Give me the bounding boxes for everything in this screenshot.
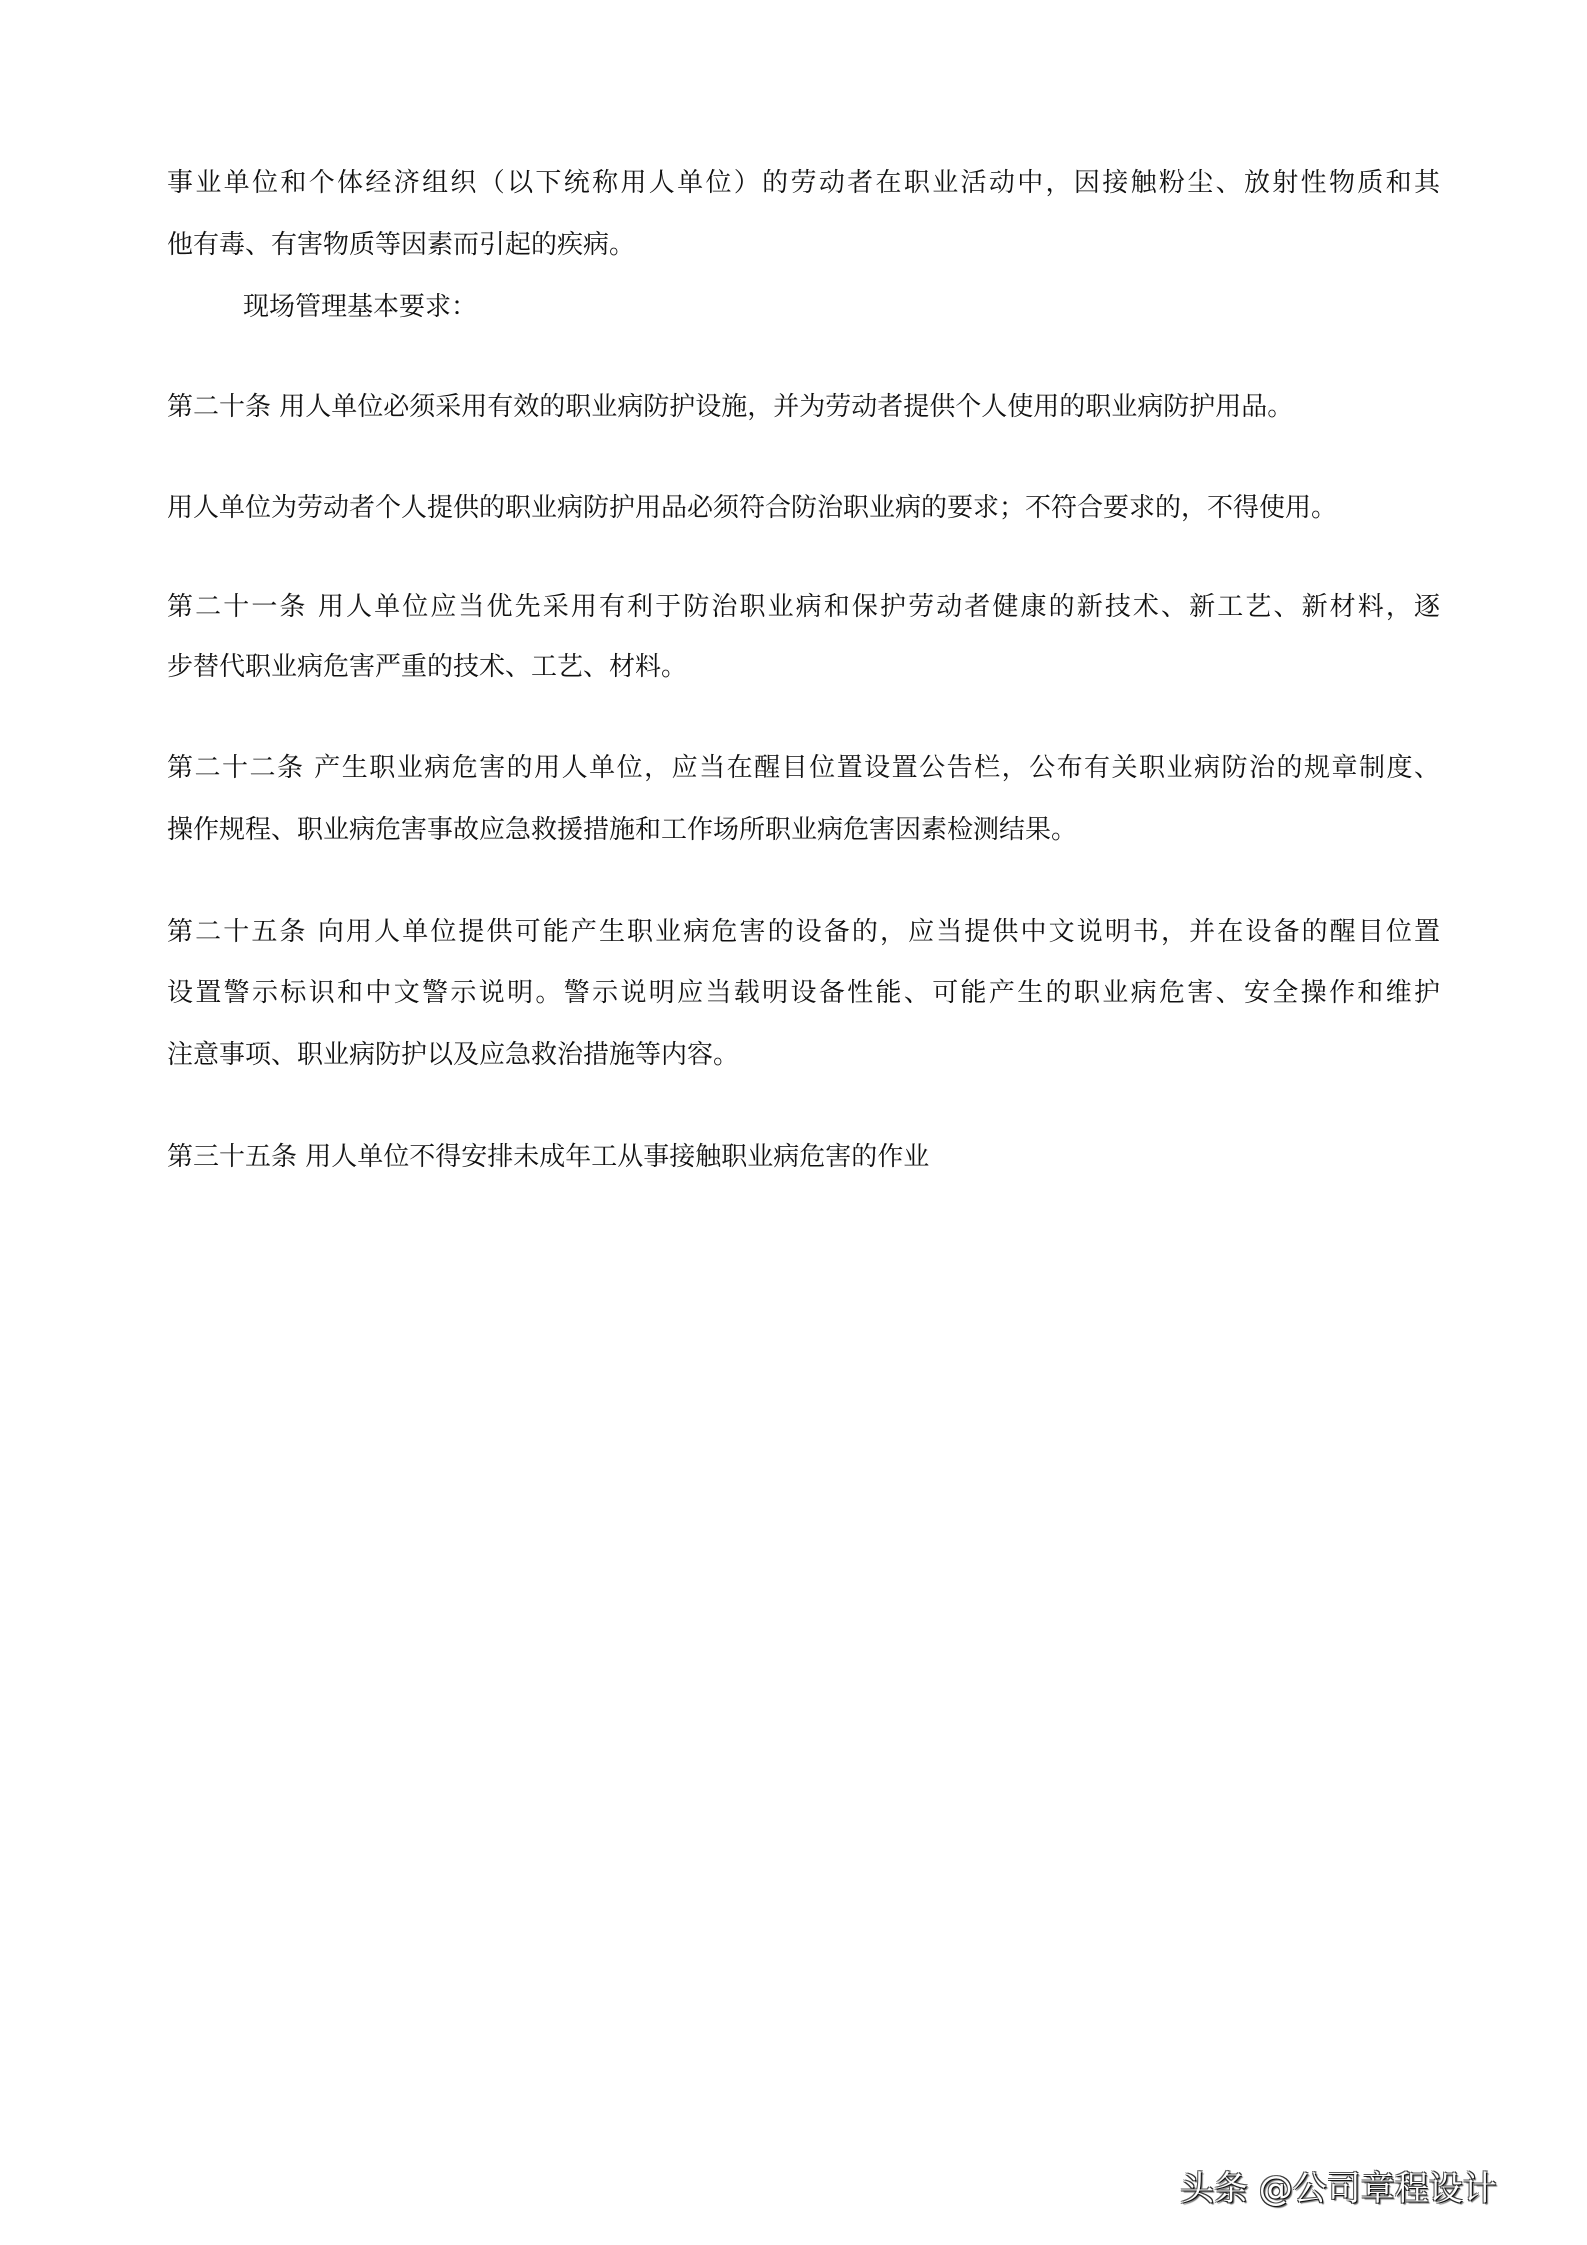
article-21-line-1: 第二十一条 用人单位应当优先采用有利于防治职业病和保护劳动者健康的新技术、新工艺…: [167, 587, 1440, 627]
article-22-line-2: 操作规程、职业病危害事故应急救援措施和工作场所职业病危害因素检测结果。: [167, 810, 1077, 850]
document-page: 事业单位和个体经济组织（以下统称用人单位）的劳动者在职业活动中，因接触粉尘、放射…: [0, 0, 1587, 2245]
article-25-line-1: 第二十五条 向用人单位提供可能产生职业病危害的设备的，应当提供中文说明书，并在设…: [167, 912, 1440, 952]
article-35-line-1: 第三十五条 用人单位不得安排未成年工从事接触职业病危害的作业: [167, 1137, 929, 1177]
article-22-line-1: 第二十二条 产生职业病危害的用人单位，应当在醒目位置设置公告栏，公布有关职业病防…: [167, 748, 1440, 788]
watermark-toutiao: 头条 @公司章程设计: [1180, 2166, 1497, 2212]
section-heading-site-management: 现场管理基本要求：: [243, 287, 477, 327]
article-25-line-3: 注意事项、职业病防护以及应急救治措施等内容。: [167, 1035, 739, 1075]
article-20-line-1: 第二十条 用人单位必须采用有效的职业病防护设施，并为劳动者提供个人使用的职业病防…: [167, 387, 1293, 427]
article-21-line-2: 步替代职业病危害严重的技术、工艺、材料。: [167, 647, 687, 687]
article-20-para-2-line-1: 用人单位为劳动者个人提供的职业病防护用品必须符合防治职业病的要求；不符合要求的，…: [167, 488, 1337, 528]
paragraph-definition-line-1: 事业单位和个体经济组织（以下统称用人单位）的劳动者在职业活动中，因接触粉尘、放射…: [167, 163, 1440, 203]
article-25-line-2: 设置警示标识和中文警示说明。警示说明应当载明设备性能、可能产生的职业病危害、安全…: [167, 973, 1440, 1013]
paragraph-definition-line-2: 他有毒、有害物质等因素而引起的疾病。: [167, 225, 635, 265]
